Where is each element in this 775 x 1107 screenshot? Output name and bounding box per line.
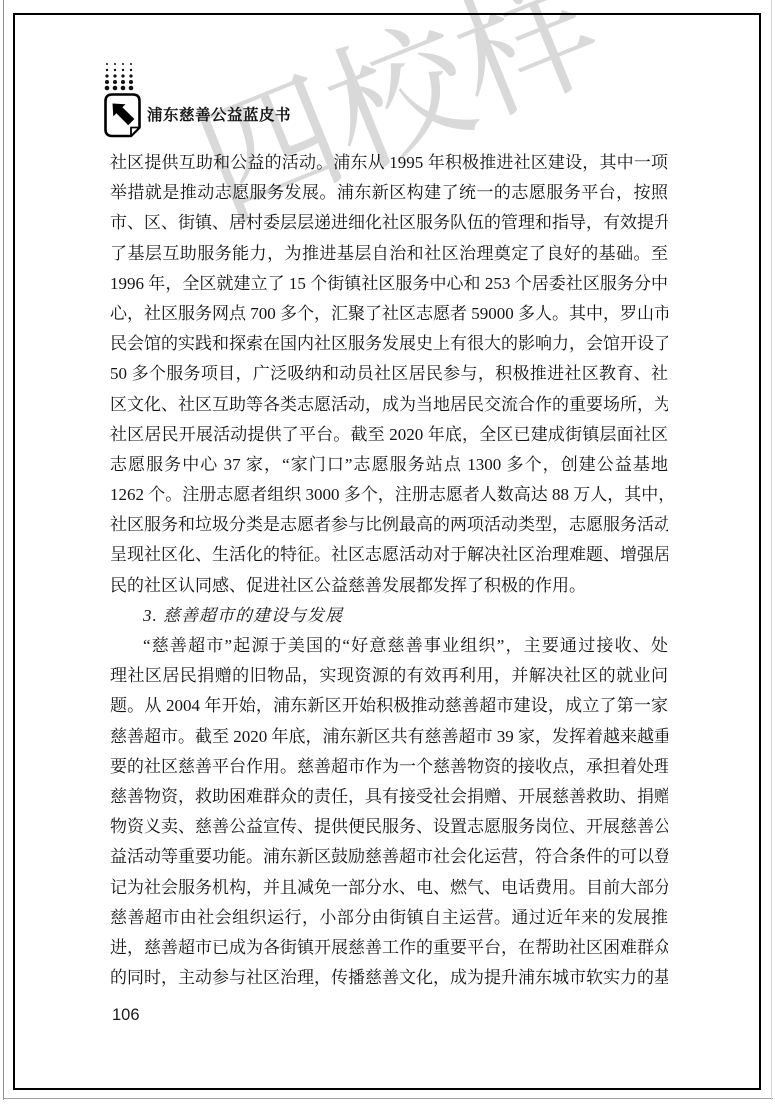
- text-line: 社区服务和垃圾分类是志愿者参与比例最高的两项活动类型，志愿服务活动: [110, 510, 668, 540]
- text-line: 民的社区认同感、促进社区公益慈善发展都发挥了积极的作用。: [110, 571, 668, 601]
- text-line: 社区居民开展活动提供了平台。截至 2020 年底，全区已建成街镇层面社区: [110, 420, 668, 450]
- page-number: 106: [112, 1006, 140, 1025]
- logo-dots: [105, 63, 134, 90]
- text-line: 益活动等重要功能。浦东新区鼓励慈善超市社会化运营，符合条件的可以登: [110, 842, 668, 872]
- text-line: 慈善超市由社会组织运行，小部分由街镇自主运营。通过近年来的发展推: [110, 903, 668, 933]
- blue-book-logo-icon: [104, 62, 142, 138]
- text-line: 理社区居民捐赠的旧物品，实现资源的有效再利用，并解决社区的就业问: [110, 661, 668, 691]
- text-line: 了基层互助服务能力，为推进基层自治和社区治理奠定了良好的基础。至: [110, 239, 668, 269]
- scan-edge-right: [771, 0, 772, 1100]
- text-line: 1262 个。注册志愿者组织 3000 多个，注册志愿者人数高达 88 万人，其…: [110, 480, 668, 510]
- text-line: 民会馆的实践和探索在国内社区服务发展史上有很大的影响力，会馆开设了: [110, 329, 668, 359]
- text-line: 慈善物资，救助困难群众的责任，具有接受社会捐赠、开展慈善救助、捐赠: [110, 782, 668, 812]
- text-line: 要的社区慈善平台作用。慈善超市作为一个慈善物资的接收点，承担着处理: [110, 752, 668, 782]
- section-heading: 3. 慈善超市的建设与发展: [110, 601, 668, 631]
- text-line: 慈善超市。截至 2020 年底，浦东新区共有慈善超市 39 家，发挥着越来越重: [110, 722, 668, 752]
- text-line: 市、区、街镇、居村委层层递进细化社区服务队伍的管理和指导，有效提升: [110, 208, 668, 238]
- text-line: 物资义卖、慈善公益宣传、提供便民服务、设置志愿服务岗位、开展慈善公: [110, 812, 668, 842]
- text-line: 进，慈善超市已成为各街镇开展慈善工作的重要平台，在帮助社区困难群众: [110, 933, 668, 963]
- text-line: 呈现社区化、生活化的特征。社区志愿活动对于解决社区治理难题、增强居: [110, 540, 668, 570]
- scan-edge-left: [3, 0, 4, 1100]
- logo-document: [106, 95, 140, 137]
- text-line: 50 多个服务项目，广泛吸纳和动员社区居民参与，积极推进社区教育、社: [110, 359, 668, 389]
- text-line: 社区提供互助和公益的活动。浦东从 1995 年积极推进社区建设，其中一项: [110, 148, 668, 178]
- body-text-block: 社区提供互助和公益的活动。浦东从 1995 年积极推进社区建设，其中一项 举措就…: [110, 148, 668, 993]
- text-line: 举措就是推动志愿服务发展。浦东新区构建了统一的志愿服务平台，按照: [110, 178, 668, 208]
- text-line: 区文化、社区互助等各类志愿活动，成为当地居民交流合作的重要场所，为: [110, 390, 668, 420]
- text-line: 题。从 2004 年开始，浦东新区开始积极推动慈善超市建设，成立了第一家: [110, 691, 668, 721]
- scan-edge-bottom: [3, 1098, 773, 1099]
- brand-title: 浦东慈善公益蓝皮书: [147, 103, 291, 125]
- text-line: 1996 年，全区就建立了 15 个街镇社区服务中心和 253 个居委社区服务分…: [110, 269, 668, 299]
- text-line: 的同时，主动参与社区治理，传播慈善文化，成为提升浦东城市软实力的基: [110, 963, 668, 993]
- text-line: 心，社区服务网点 700 多个，汇聚了社区志愿者 59000 多人。其中，罗山市: [110, 299, 668, 329]
- text-line: “慈善超市”起源于美国的“好意慈善事业组织”，主要通过接收、处: [110, 631, 668, 661]
- document-page: 四校样 浦东慈善公益蓝皮书 社区提供互助和公益的活动。浦东从 1995 年积极推…: [0, 0, 775, 1107]
- text-line: 记为社会服务机构，并且减免一部分水、电、燃气、电话费用。目前大部分: [110, 873, 668, 903]
- text-line: 志愿服务中心 37 家，“家门口”志愿服务站点 1300 多个，创建公益基地: [110, 450, 668, 480]
